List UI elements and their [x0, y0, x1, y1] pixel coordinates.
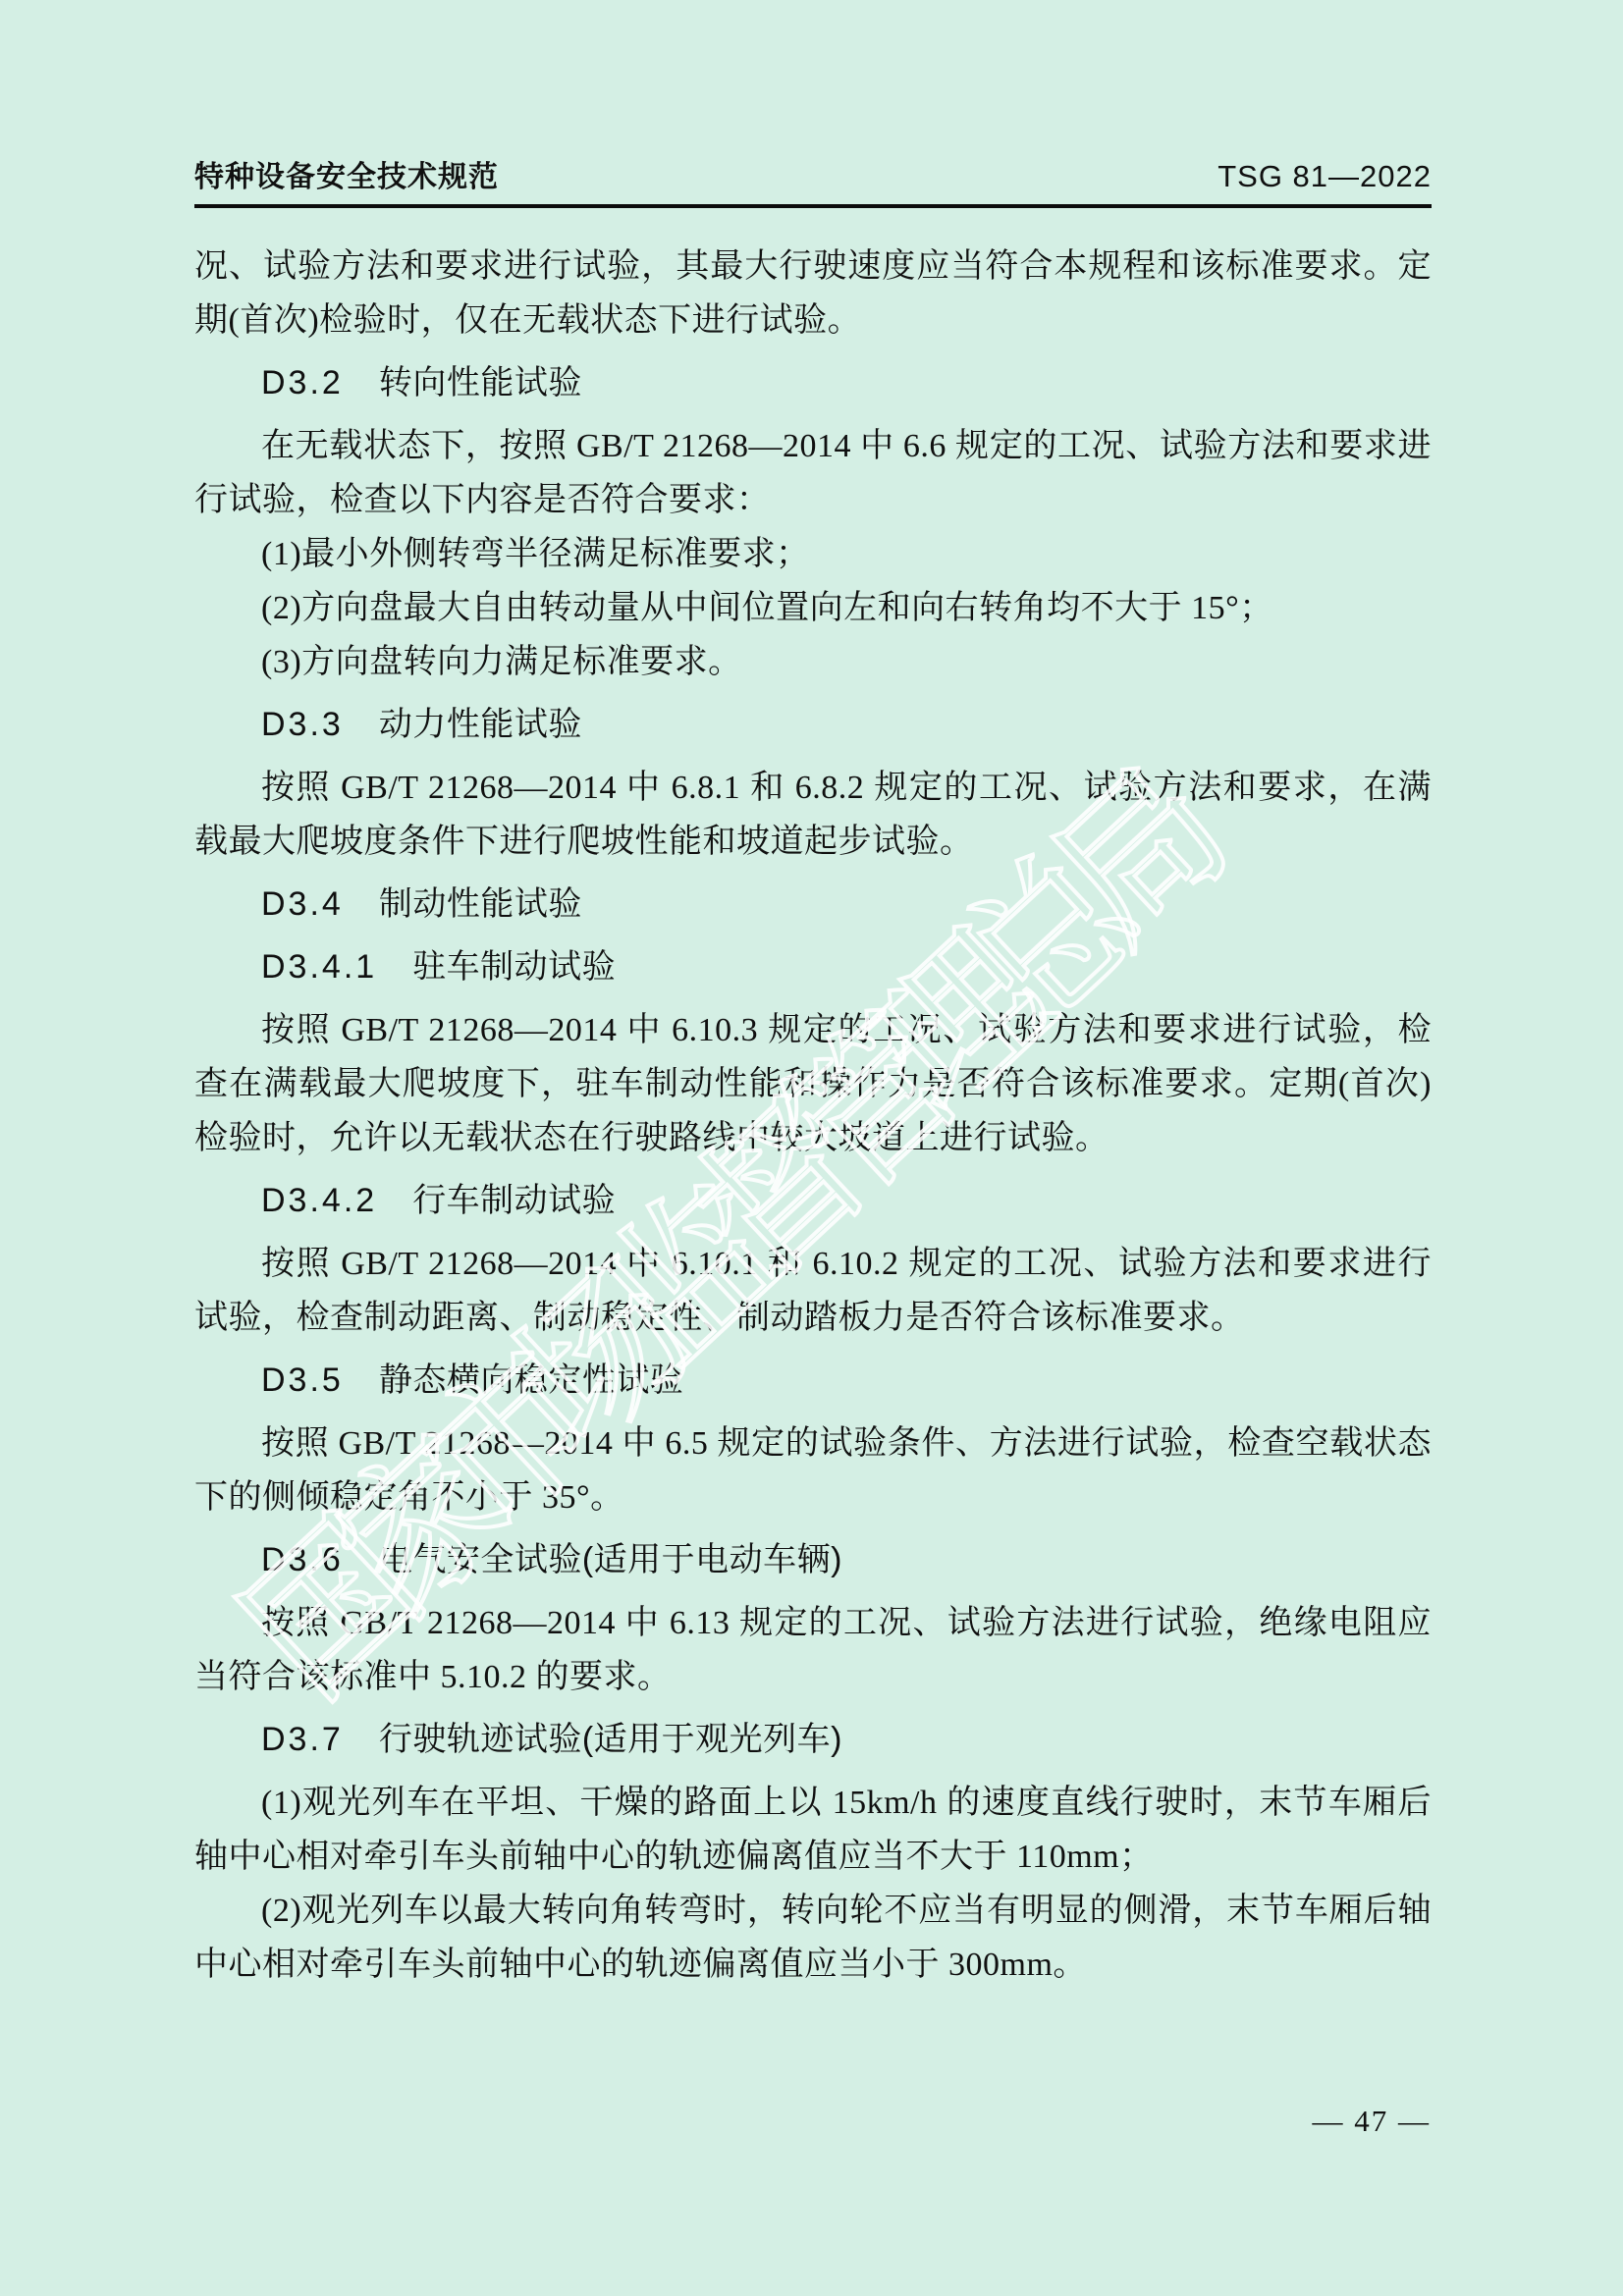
heading-label: 制动性能试验: [379, 885, 582, 923]
paragraph: (2)观光列车以最大转向角转弯时，转向轮不应当有明显的侧滑，末节车厢后轴中心相对…: [194, 1884, 1432, 1992]
paragraph: 按照 GB/T 21268—2014 中 6.13 规定的工况、试验方法进行试验…: [194, 1596, 1432, 1704]
heading-label: 行车制动试验: [412, 1182, 616, 1219]
heading-label: 动力性能试验: [379, 706, 582, 743]
paragraph: 按照 GB/T 21268—2014 中 6.10.3 规定的工况、试验方法和要…: [194, 1003, 1432, 1165]
paragraph: (2)方向盘最大自由转动量从中间位置向左和向右转角均不大于 15°；: [194, 581, 1432, 635]
paragraph: (1)观光列车在平坦、干燥的路面上以 15km/h 的速度直线行驶时，末节车厢后…: [194, 1776, 1432, 1884]
heading-number: D3.6: [261, 1541, 344, 1578]
paragraph: (3)方向盘转向力满足标准要求。: [194, 635, 1432, 689]
section-heading: D3.2转向性能试验: [194, 356, 1432, 410]
heading-label: 电气安全试验(适用于电动车辆): [379, 1541, 842, 1578]
header-doc-number: TSG 81—2022: [1217, 160, 1432, 193]
heading-label: 静态横向稳定性试验: [379, 1362, 684, 1399]
document-page: 特种设备安全技术规范 TSG 81—2022 况、试验方法和要求进行试验，其最大…: [0, 0, 1623, 2296]
page-header: 特种设备安全技术规范 TSG 81—2022: [194, 160, 1432, 208]
heading-number: D3.4: [261, 885, 344, 923]
section-heading: D3.3动力性能试验: [194, 698, 1432, 752]
heading-label: 行驶轨迹试验(适用于观光列车): [379, 1721, 842, 1758]
header-title: 特种设备安全技术规范: [194, 161, 499, 193]
heading-number: D3.2: [261, 364, 344, 401]
heading-number: D3.4.2: [261, 1182, 377, 1219]
heading-label: 转向性能试验: [379, 364, 582, 401]
paragraph: (1)最小外侧转弯半径满足标准要求；: [194, 527, 1432, 581]
heading-number: D3.4.1: [261, 948, 377, 986]
section-heading: D3.7行驶轨迹试验(适用于观光列车): [194, 1713, 1432, 1767]
heading-number: D3.3: [261, 706, 344, 743]
heading-number: D3.5: [261, 1362, 344, 1399]
heading-label: 驻车制动试验: [412, 948, 616, 986]
section-heading: D3.5静态横向稳定性试验: [194, 1354, 1432, 1408]
paragraph: 按照 GB/T 21268—2014 中 6.8.1 和 6.8.2 规定的工况…: [194, 761, 1432, 869]
paragraph: 况、试验方法和要求进行试验，其最大行驶速度应当符合本规程和该标准要求。定期(首次…: [194, 240, 1432, 347]
heading-number: D3.7: [261, 1721, 344, 1758]
paragraph: 按照 GB/T 21268—2014 中 6.5 规定的试验条件、方法进行试验，…: [194, 1416, 1432, 1524]
page-number: — 47 —: [1313, 2104, 1432, 2139]
section-heading: D3.6电气安全试验(适用于电动车辆): [194, 1533, 1432, 1587]
section-heading: D3.4制动性能试验: [194, 878, 1432, 932]
section-heading: D3.4.1驻车制动试验: [194, 940, 1432, 994]
document-body: 况、试验方法和要求进行试验，其最大行驶速度应当符合本规程和该标准要求。定期(首次…: [194, 240, 1432, 1992]
paragraph: 在无载状态下，按照 GB/T 21268—2014 中 6.6 规定的工况、试验…: [194, 419, 1432, 527]
paragraph: 按照 GB/T 21268—2014 中 6.10.1 和 6.10.2 规定的…: [194, 1237, 1432, 1345]
section-heading: D3.4.2行车制动试验: [194, 1174, 1432, 1228]
